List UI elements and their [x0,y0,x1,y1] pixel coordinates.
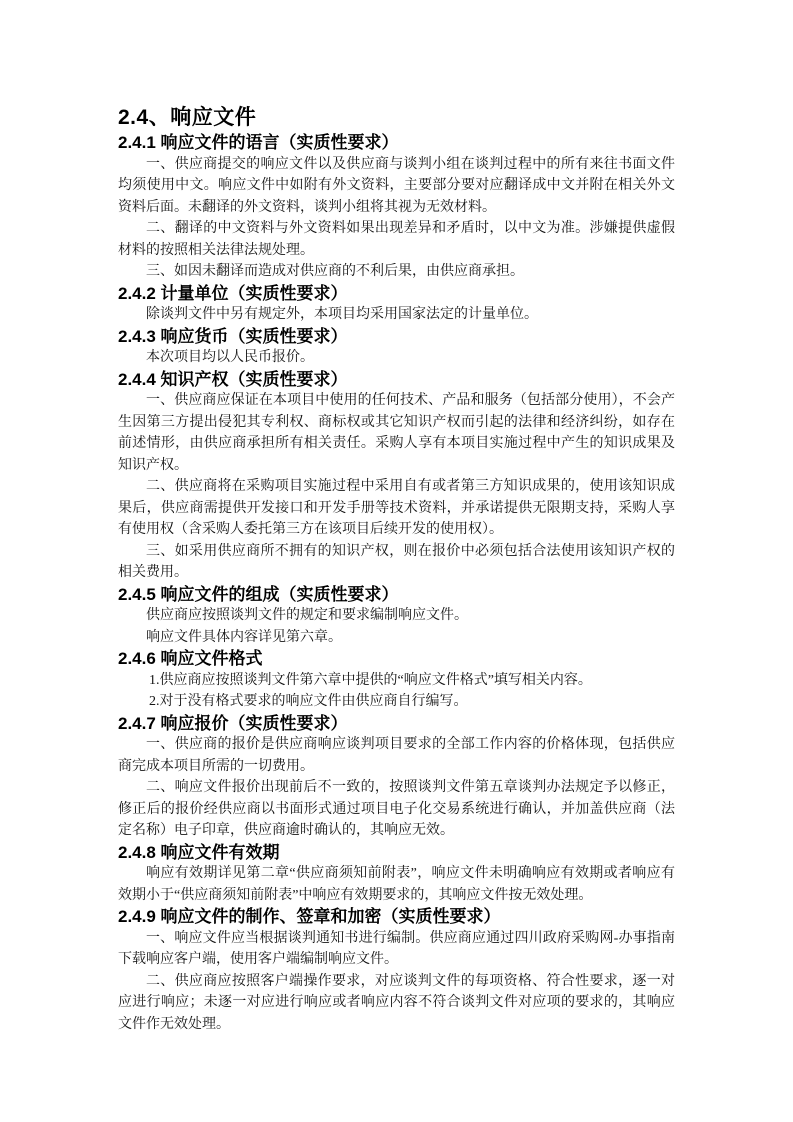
section-response-currency: 2.4.3 响应货币（实质性要求） 本次项目均以人民币报价。 [118,326,675,369]
document-title: 2.4、响应文件 [118,104,675,132]
paragraph: 一、供应商应保证在本项目中使用的任何技术、产品和服务（包括部分使用），不会产生因… [118,390,675,476]
section-response-validity-period: 2.4.8 响应文件有效期 响应有效期详见第二章“供应商须知前附表”，响应文件未… [118,842,675,907]
paragraph: 响应文件具体内容详见第六章。 [118,627,675,649]
paragraph: 1.供应商应按照谈判文件第六章中提供的“响应文件格式”填写相关内容。 [118,670,675,692]
paragraph: 响应有效期详见第二章“供应商须知前附表”，响应文件未明确响应有效期或者响应有效期… [118,863,675,906]
section-heading: 2.4.7 响应报价（实质性要求） [118,713,675,735]
paragraph: 一、响应文件应当根据谈判通知书进行编制。供应商应通过四川政府采购网-办事指南下载… [118,928,675,971]
section-heading: 2.4.8 响应文件有效期 [118,842,675,864]
section-heading: 2.4.2 计量单位（实质性要求） [118,283,675,305]
section-heading: 2.4.5 响应文件的组成（实质性要求） [118,584,675,606]
section-heading: 2.4.3 响应货币（实质性要求） [118,326,675,348]
paragraph: 二、供应商将在采购项目实施过程中采用自有或者第三方知识成果的，使用该知识成果后，… [118,476,675,541]
section-response-production-signing-encryption: 2.4.9 响应文件的制作、签章和加密（实质性要求） 一、响应文件应当根据谈判通… [118,906,675,1035]
section-measurement-unit: 2.4.2 计量单位（实质性要求） 除谈判文件中另有规定外，本项目均采用国家法定… [118,283,675,326]
paragraph: 二、翻译的中文资料与外文资料如果出现差异和矛盾时，以中文为准。涉嫌提供虚假材料的… [118,218,675,261]
section-response-language: 2.4.1 响应文件的语言（实质性要求） 一、供应商提交的响应文件以及供应商与谈… [118,132,675,283]
paragraph: 一、供应商提交的响应文件以及供应商与谈判小组在谈判过程中的所有来往书面文件均须使… [118,154,675,219]
paragraph: 二、响应文件报价出现前后不一致的，按照谈判文件第五章谈判办法规定予以修正，修正后… [118,777,675,842]
paragraph: 2.对于没有格式要求的响应文件由供应商自行编写。 [118,691,675,713]
document-page: 2.4、响应文件 2.4.1 响应文件的语言（实质性要求） 一、供应商提交的响应… [0,0,793,1122]
section-response-composition: 2.4.5 响应文件的组成（实质性要求） 供应商应按照谈判文件的规定和要求编制响… [118,584,675,649]
section-response-format: 2.4.6 响应文件格式 1.供应商应按照谈判文件第六章中提供的“响应文件格式”… [118,648,675,713]
paragraph: 二、供应商应按照客户端操作要求，对应谈判文件的每项资格、符合性要求，逐一对应进行… [118,971,675,1036]
paragraph: 本次项目均以人民币报价。 [118,347,675,369]
section-heading: 2.4.1 响应文件的语言（实质性要求） [118,132,675,154]
paragraph: 除谈判文件中另有规定外，本项目均采用国家法定的计量单位。 [118,304,675,326]
paragraph: 三、如采用供应商所不拥有的知识产权，则在报价中必须包括合法使用该知识产权的相关费… [118,541,675,584]
paragraph: 一、供应商的报价是供应商响应谈判项目要求的全部工作内容的价格体现，包括供应商完成… [118,734,675,777]
paragraph: 三、如因未翻译而造成对供应商的不利后果，由供应商承担。 [118,261,675,283]
section-heading: 2.4.9 响应文件的制作、签章和加密（实质性要求） [118,906,675,928]
section-heading: 2.4.4 知识产权（实质性要求） [118,369,675,391]
paragraph: 供应商应按照谈判文件的规定和要求编制响应文件。 [118,605,675,627]
section-intellectual-property: 2.4.4 知识产权（实质性要求） 一、供应商应保证在本项目中使用的任何技术、产… [118,369,675,584]
section-heading: 2.4.6 响应文件格式 [118,648,675,670]
section-response-quotation: 2.4.7 响应报价（实质性要求） 一、供应商的报价是供应商响应谈判项目要求的全… [118,713,675,842]
